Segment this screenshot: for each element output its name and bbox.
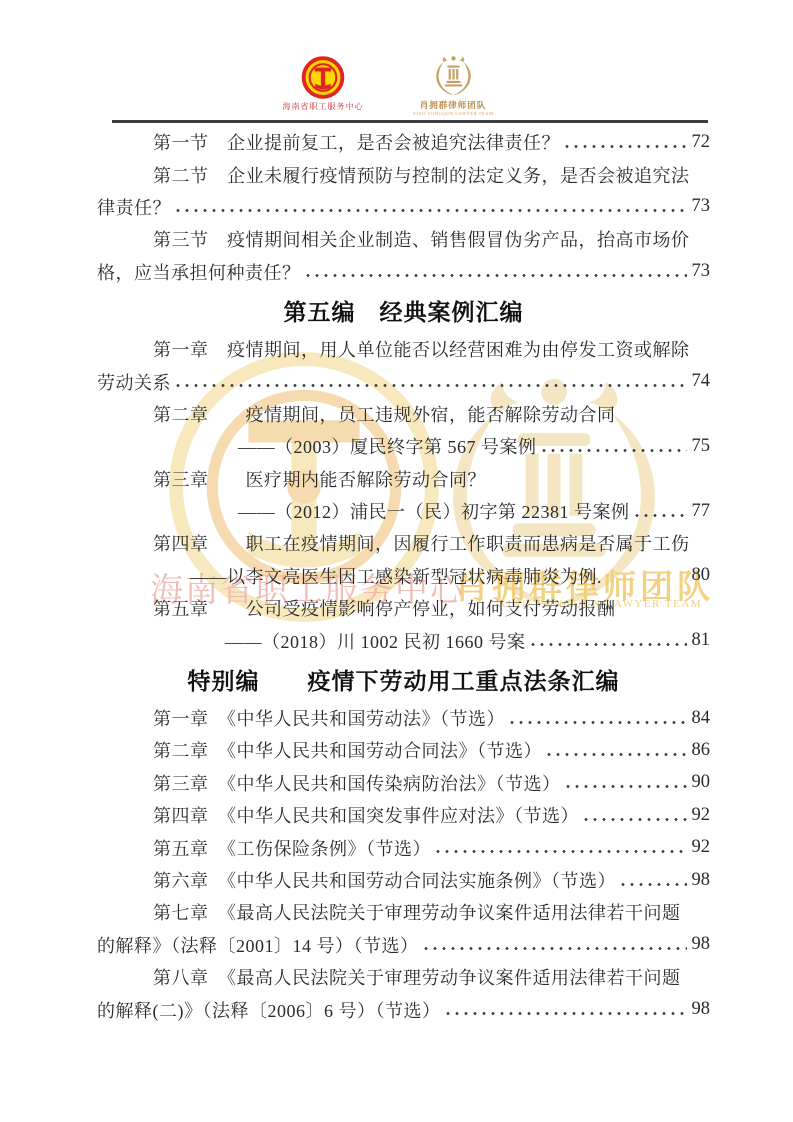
toc-row: 律责任？73 bbox=[97, 191, 710, 223]
toc-row: 劳动关系74 bbox=[97, 365, 710, 397]
toc-entry-text: ——（2012）浦民一（民）初字第 22381 号案例 bbox=[238, 498, 630, 524]
toc-dot-leader bbox=[176, 208, 687, 215]
union-logo: 海南省职工服务中心 bbox=[278, 56, 368, 112]
toc-page-number: 92 bbox=[692, 805, 711, 826]
toc-entry-text: 第一章 疫情期间，用人单位能否以经营困难为由停发工资或解除 bbox=[153, 336, 690, 362]
toc-entry-text: 格，应当承担何种责任？ bbox=[97, 259, 301, 285]
lawyer-team-logo: 肖拥群律师团队 XIAO YONGQUN LAWYER TEAM bbox=[408, 54, 498, 116]
toc-dot-leader bbox=[607, 577, 687, 584]
toc-row: 第二节 企业未履行疫情预防与控制的法定义务，是否会被追究法 bbox=[97, 158, 710, 190]
lawyer-team-label-en: XIAO YONGQUN LAWYER TEAM bbox=[408, 111, 498, 116]
toc-page-number: 81 bbox=[692, 630, 711, 651]
toc-row: ——以李文亮医生因工感染新型冠状病毒肺炎为例.80 bbox=[97, 560, 710, 592]
toc-row: 的解释(二)》（法释〔2006〕6 号）（节选）98 bbox=[97, 993, 710, 1025]
toc-row: 第一章 疫情期间，用人单位能否以经营困难为由停发工资或解除 bbox=[97, 333, 710, 365]
toc-page-number: 92 bbox=[692, 837, 711, 858]
union-emblem-icon bbox=[300, 56, 346, 99]
toc-entry-text: 的解释》（法释〔2001〕14 号）（节选） bbox=[97, 932, 419, 958]
toc-dot-leader bbox=[436, 849, 687, 856]
toc-content: 第一节 企业提前复工，是否会被追究法律责任？72第二节 企业未履行疫情预防与控制… bbox=[97, 126, 710, 1026]
lawyer-team-label: 肖拥群律师团队 bbox=[408, 99, 498, 111]
toc-row: ——（2012）浦民一（民）初字第 22381 号案例77 bbox=[97, 495, 710, 527]
toc-entry-text: 第六章 《中华人民共和国劳动合同法实施条例》（节选） bbox=[153, 867, 616, 893]
toc-entry-text: 第四章 《中华人民共和国突发事件应对法》（节选） bbox=[153, 802, 579, 828]
toc-row: 第三章 《中华人民共和国传染病防治法》（节选）90 bbox=[97, 767, 710, 799]
toc-entry-text: 第二章 疫情期间，员工违规外宿，能否解除劳动合同 bbox=[153, 401, 616, 427]
toc-page-number: 86 bbox=[692, 740, 711, 761]
toc-page-number: 72 bbox=[692, 132, 711, 153]
toc-row: 格，应当承担何种责任？73 bbox=[97, 256, 710, 288]
lawyer-pillar-icon bbox=[430, 54, 477, 98]
header-rule bbox=[112, 120, 708, 123]
toc-dot-leader bbox=[176, 383, 687, 390]
toc-entry-text: 劳动关系 bbox=[97, 369, 171, 395]
toc-page-number: 80 bbox=[692, 565, 711, 586]
toc-page-number: 74 bbox=[692, 371, 711, 392]
toc-dot-leader bbox=[424, 946, 687, 953]
toc-entry-text: 的解释(二)》（法释〔2006〕6 号）（节选） bbox=[97, 997, 441, 1023]
toc-page-number: 90 bbox=[692, 772, 711, 793]
toc-row: 第四章 《中华人民共和国突发事件应对法》（节选）92 bbox=[97, 799, 710, 831]
toc-dot-leader bbox=[621, 882, 687, 889]
toc-row: 第三章 医疗期内能否解除劳动合同？ bbox=[97, 463, 710, 495]
toc-entry-text: 第三章 《中华人民共和国传染病防治法》（节选） bbox=[153, 770, 561, 796]
toc-entry-text: 第四章 职工在疫情期间，因履行工作职责而患病是否属于工伤 bbox=[153, 530, 690, 556]
toc-row: ——（2018）川 1002 民初 1660 号案81 bbox=[97, 624, 710, 656]
toc-page-number: 98 bbox=[692, 870, 711, 891]
toc-row: 第七章 《最高人民法院关于审理劳动争议案件适用法律若干问题 bbox=[97, 896, 710, 928]
union-logo-label: 海南省职工服务中心 bbox=[278, 101, 368, 112]
toc-entry-text: 第二章 《中华人民共和国劳动合同法》（节选） bbox=[153, 737, 542, 763]
toc-entry-text: 第二节 企业未履行疫情预防与控制的法定义务，是否会被追究法 bbox=[153, 162, 690, 188]
toc-dot-leader bbox=[635, 513, 687, 520]
toc-row: ——（2003）厦民终字第 567 号案例75 bbox=[97, 430, 710, 462]
toc-entry-text: ——以李文亮医生因工感染新型冠状病毒肺炎为例. bbox=[190, 563, 602, 589]
toc-entry-text: 第一章 《中华人民共和国劳动法》（节选） bbox=[153, 705, 505, 731]
toc-entry-text: ——（2003）厦民终字第 567 号案例 bbox=[238, 433, 537, 459]
toc-dot-leader bbox=[565, 144, 687, 151]
toc-dot-leader bbox=[547, 752, 687, 759]
toc-row: 第八章 《最高人民法院关于审理劳动争议案件适用法律若干问题 bbox=[97, 961, 710, 993]
toc-page-number: 98 bbox=[692, 934, 711, 955]
toc-page-number: 73 bbox=[692, 196, 711, 217]
toc-entry-text: 第七章 《最高人民法院关于审理劳动争议案件适用法律若干问题 bbox=[153, 899, 681, 925]
toc-entry-text: 第三章 医疗期内能否解除劳动合同？ bbox=[153, 466, 486, 492]
toc-row: 第一章 《中华人民共和国劳动法》（节选）84 bbox=[97, 702, 710, 734]
toc-entry-text: 律责任？ bbox=[97, 194, 171, 220]
toc-entry-text: 第一节 企业提前复工，是否会被追究法律责任？ bbox=[153, 129, 560, 155]
toc-page-number: 75 bbox=[692, 436, 711, 457]
toc-row: 第四章 职工在疫情期间，因履行工作职责而患病是否属于工伤 bbox=[97, 527, 710, 559]
toc-dot-leader bbox=[542, 448, 687, 455]
toc-dot-leader bbox=[510, 720, 687, 727]
document-page: 海南省职工服务中心 肖拥群律师团队 XIAO YONGQUN LAWYER TE… bbox=[0, 0, 793, 1122]
toc-dot-leader bbox=[584, 817, 687, 824]
toc-page-number: 98 bbox=[692, 999, 711, 1020]
toc-dot-leader bbox=[531, 642, 687, 649]
toc-dot-leader bbox=[446, 1011, 687, 1018]
toc-entry-text: 第八章 《最高人民法院关于审理劳动争议案件适用法律若干问题 bbox=[153, 964, 681, 990]
toc-section-heading: 第五编 经典案例汇编 bbox=[97, 288, 710, 333]
toc-entry-text: 第五章 《工伤保险条例》（节选） bbox=[153, 835, 431, 861]
toc-section-heading: 特别编 疫情下劳动用工重点法条汇编 bbox=[97, 657, 710, 702]
toc-row: 的解释》（法释〔2001〕14 号）（节选）98 bbox=[97, 929, 710, 961]
toc-entry-text: 第五章 公司受疫情影响停产停业，如何支付劳动报酬 bbox=[153, 595, 616, 621]
toc-dot-leader bbox=[306, 273, 687, 280]
toc-entry-text: ——（2018）川 1002 民初 1660 号案 bbox=[225, 628, 526, 654]
toc-row: 第二章 《中华人民共和国劳动合同法》（节选）86 bbox=[97, 734, 710, 766]
toc-row: 第五章 公司受疫情影响停产停业，如何支付劳动报酬 bbox=[97, 592, 710, 624]
toc-entry-text: 第三节 疫情期间相关企业制造、销售假冒伪劣产品，抬高市场价 bbox=[153, 226, 690, 252]
toc-dot-leader bbox=[566, 784, 687, 791]
toc-page-number: 84 bbox=[692, 708, 711, 729]
toc-page-number: 73 bbox=[692, 261, 711, 282]
toc-row: 第三节 疫情期间相关企业制造、销售假冒伪劣产品，抬高市场价 bbox=[97, 223, 710, 255]
toc-row: 第二章 疫情期间，员工违规外宿，能否解除劳动合同 bbox=[97, 398, 710, 430]
toc-row: 第六章 《中华人民共和国劳动合同法实施条例》（节选）98 bbox=[97, 864, 710, 896]
toc-row: 第一节 企业提前复工，是否会被追究法律责任？72 bbox=[97, 126, 710, 158]
toc-page-number: 77 bbox=[692, 501, 711, 522]
toc-row: 第五章 《工伤保险条例》（节选）92 bbox=[97, 831, 710, 863]
